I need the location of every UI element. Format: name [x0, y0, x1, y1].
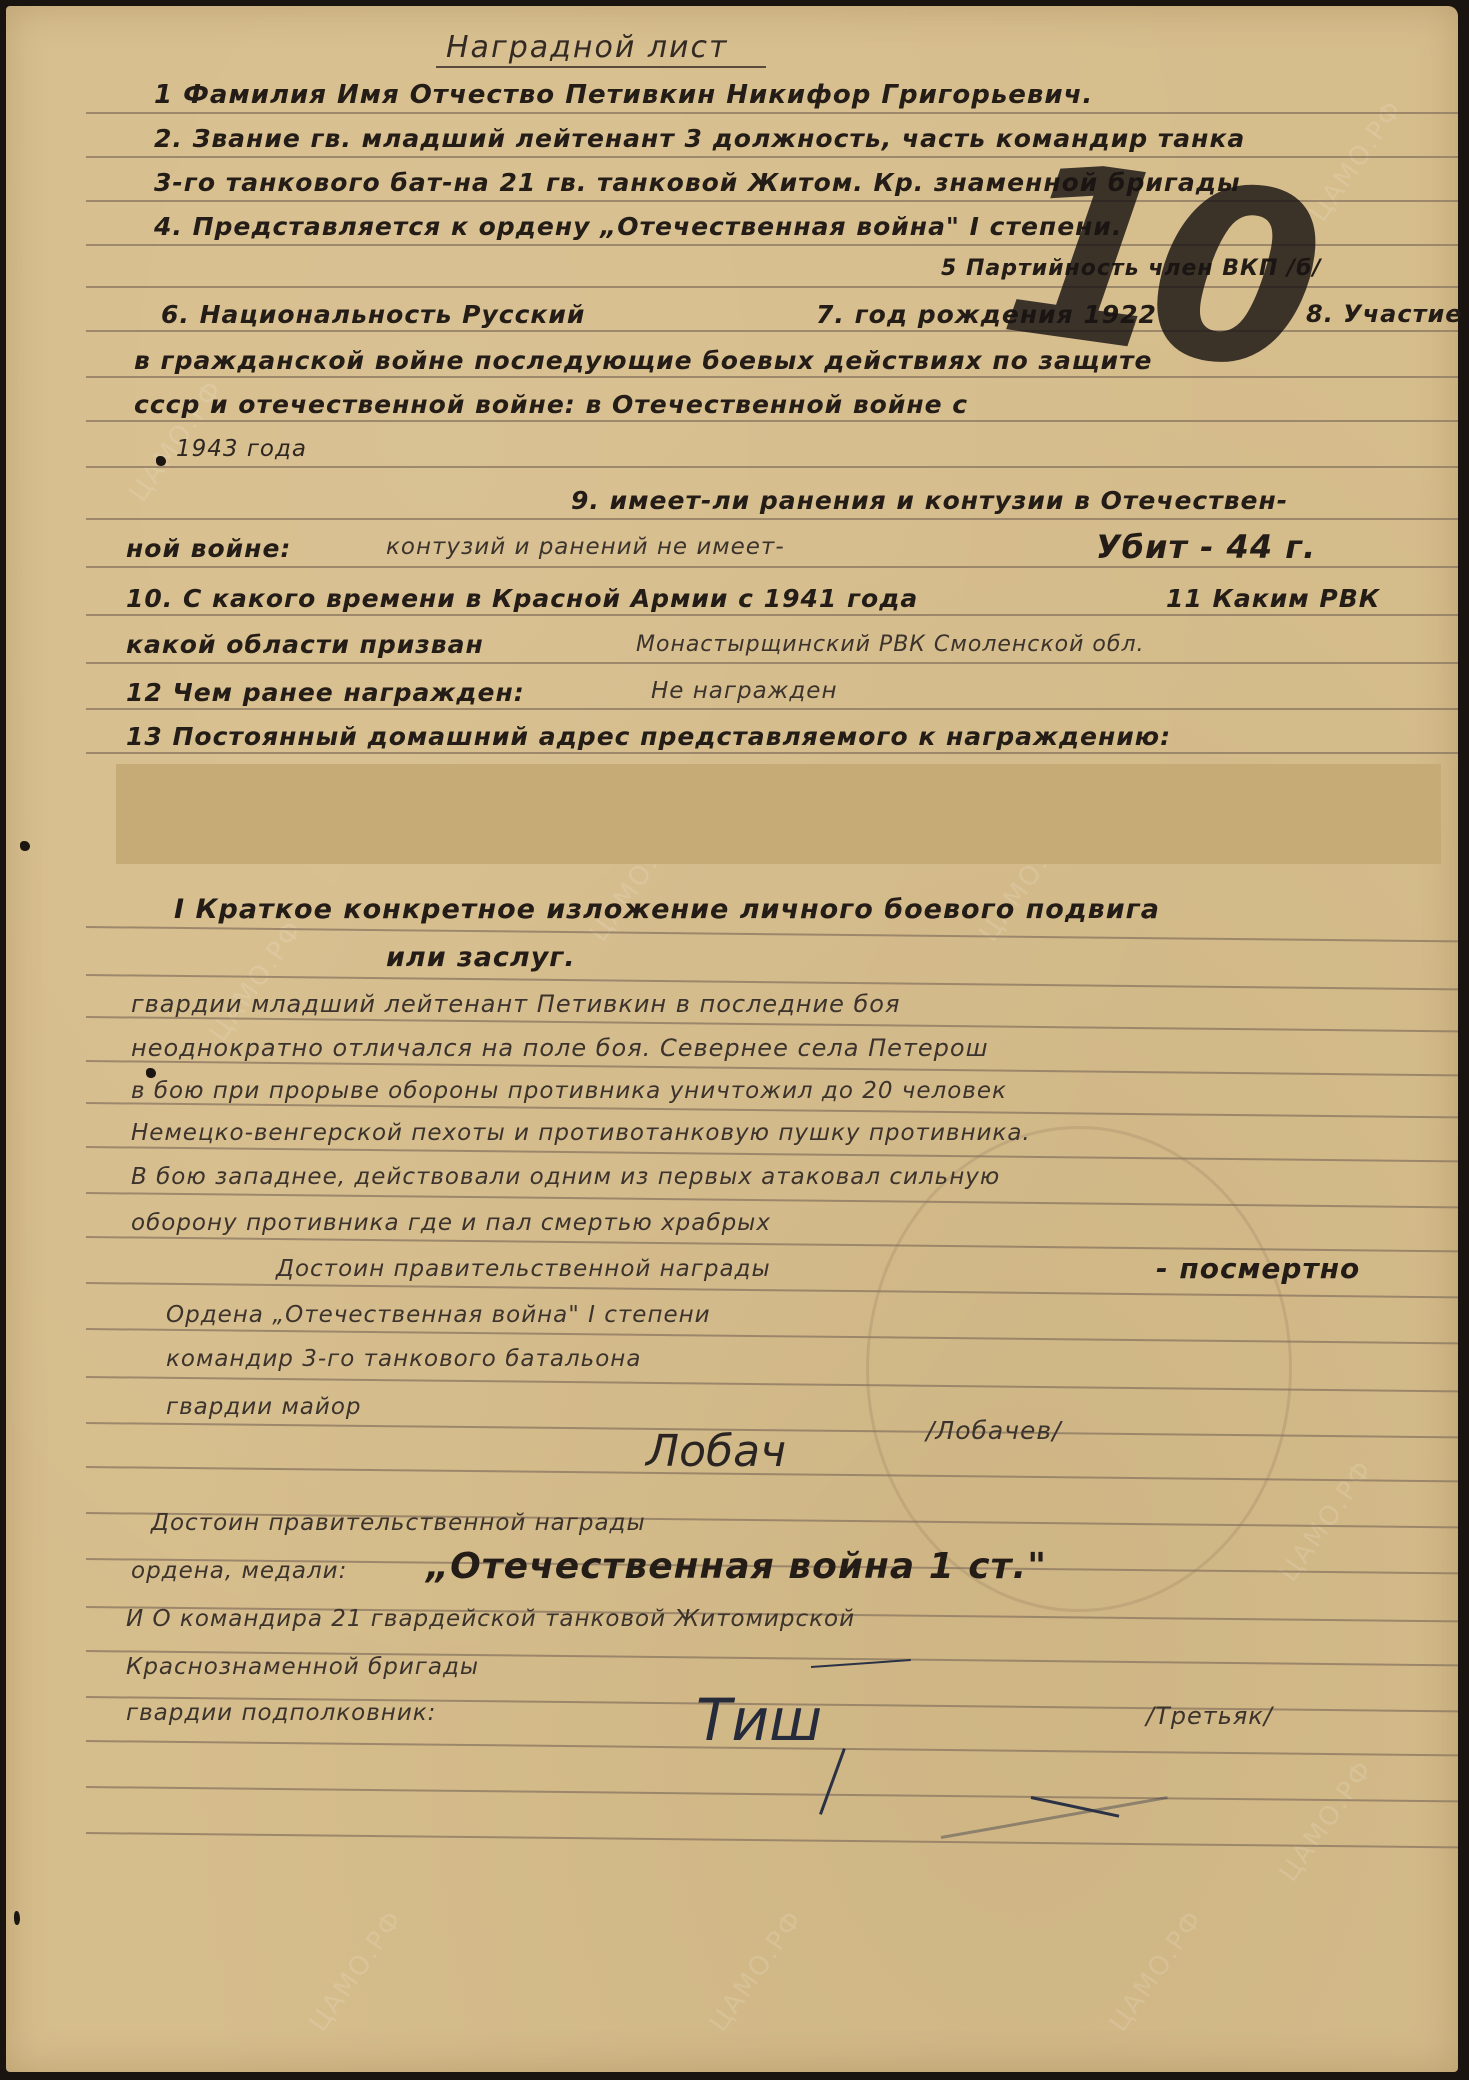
field-wounds-label: ной войне:: [126, 534, 291, 563]
section1-line: В бою западнее, действовали одним из пер…: [131, 1164, 1000, 1190]
field-nominated-for: 4. Представляется к ордену „Отечественна…: [154, 212, 1122, 241]
field-nationality: 6. Национальность Русский: [161, 300, 585, 329]
field-region-value: Монастырщинский РВК Смоленской обл.: [636, 632, 1145, 657]
watermark: ЦАМО.РФ: [704, 1905, 810, 2038]
section2-award-value: „Отечественная война 1 ст.": [426, 1546, 1047, 1587]
field-rvk-label: 11 Каким РВК: [1166, 584, 1380, 613]
handwritten-number-mark: 10: [991, 127, 1316, 406]
section2-line4: Краснознаменной бригады: [126, 1654, 479, 1680]
field-prior-awards-value: Не награжден: [651, 678, 837, 704]
field-region-label: какой области призван: [126, 630, 484, 659]
signature-flourish: [819, 1748, 846, 1815]
section2-line1: Достоин правительственной награды: [151, 1510, 646, 1536]
field-home-address-label: 13 Постоянный домашний адрес представляе…: [126, 722, 1171, 751]
watermark: ЦАМО.РФ: [304, 1905, 410, 2038]
section1-posthumous: - посмертно: [1156, 1252, 1360, 1285]
section2-award-label: ордена, медали:: [131, 1558, 347, 1584]
section1-line: неоднократно отличался на поле боя. Севе…: [131, 1034, 989, 1062]
field-wounds-value: контузий и ранений не имеет-: [386, 534, 785, 560]
award-sheet-page: ЦАМО.РФ ЦАМО.РФ ЦАМО.РФ ЦАМО.РФ ЦАМО.РФ …: [6, 6, 1458, 2072]
signature-flourish: [811, 1659, 911, 1668]
watermark: ЦАМО.РФ: [204, 915, 310, 1048]
field-participation-label: 8. Участие: [1306, 300, 1463, 328]
section1-line: в бою при прорыве обороны противника уни…: [131, 1078, 1007, 1104]
field-red-army-since: 10. С какого времени в Красной Армии с 1…: [126, 584, 918, 613]
section2-line3: И О командира 21 гвардейской танковой Жи…: [126, 1606, 855, 1632]
paper-punch-hole: [156, 456, 166, 466]
section2-signer-name: /Третьяк/: [1146, 1702, 1273, 1730]
section2-signer-rank: гвардии подполковник:: [126, 1700, 436, 1726]
redacted-address-block: [116, 764, 1441, 864]
watermark: ЦАМО.РФ: [1274, 1455, 1380, 1588]
section2-signature: Тиш: [696, 1686, 822, 1754]
section1-signer-rank: гвардии майор: [166, 1394, 362, 1420]
watermark: ЦАМО.РФ: [1304, 95, 1410, 228]
section1-signer-title: командир 3-го танкового батальона: [166, 1346, 641, 1372]
section1-line: гвардии младший лейтенант Петивкин в пос…: [131, 990, 900, 1018]
field-killed-note: Убит - 44 г.: [1096, 528, 1316, 566]
paper-punch-hole: [146, 1068, 156, 1078]
faded-stamp: [866, 1126, 1292, 1612]
watermark: ЦАМО.РФ: [1274, 1755, 1380, 1888]
paper-punch-hole: [14, 1911, 20, 1925]
watermark: ЦАМО.РФ: [1104, 1905, 1210, 2038]
section1-heading: I Краткое конкретное изложение личного б…: [174, 894, 1160, 925]
field-participation-b: ссср и отечественной войне: в Отечествен…: [134, 390, 968, 419]
field-participation-c: 1943 года: [176, 436, 307, 462]
title-underline: [436, 66, 766, 68]
field-full-name: 1 Фамилия Имя Отчество Петивкин Никифор …: [154, 80, 1093, 110]
field-prior-awards-label: 12 Чем ранее награжден:: [126, 678, 525, 707]
section1-line: Достоин правительственной награды: [276, 1256, 771, 1282]
section1-line: Ордена „Отечественная война" I степени: [166, 1302, 711, 1328]
section1-signature: Лобач: [646, 1426, 786, 1477]
paper-punch-hole: [20, 841, 30, 851]
section1-line: Немецко-венгерской пехоты и противотанко…: [131, 1120, 1031, 1146]
document-title: Наградной лист: [446, 30, 729, 65]
section1-heading-cont: или заслуг.: [386, 942, 576, 973]
section1-line: оборону противника где и пал смертью хра…: [131, 1210, 771, 1236]
field-wounds-a: 9. имеет-ли ранения и контузии в Отечест…: [571, 486, 1288, 515]
section1-signer-name: /Лобачев/: [926, 1416, 1062, 1445]
